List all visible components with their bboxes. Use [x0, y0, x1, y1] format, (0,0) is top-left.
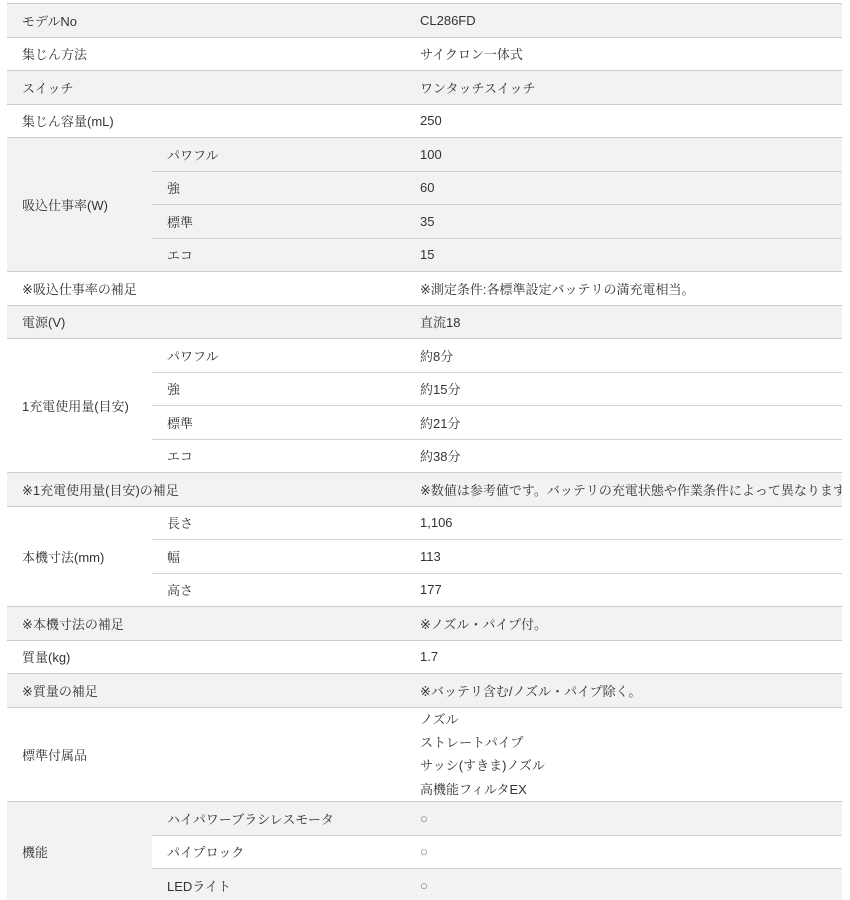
- accessory-line: ノズル: [420, 708, 832, 731]
- spec-row-label: ※質量の補足: [7, 674, 405, 708]
- spec-row: 集じん容量(mL)250: [7, 104, 842, 138]
- accessory-line: サッシ(すきま)ノズル: [420, 754, 832, 777]
- spec-row: 質量(kg)1.7: [7, 640, 842, 674]
- spec-row: スイッチワンタッチスイッチ: [7, 71, 842, 105]
- spec-row: 電源(V)直流18: [7, 305, 842, 339]
- supported-circle-icon: ○: [405, 835, 842, 869]
- spec-table-body: モデルNoCL286FD集じん方法サイクロン一体式スイッチワンタッチスイッチ集じ…: [7, 4, 842, 900]
- spec-value: ※ノズル・パイプ付。: [405, 607, 842, 641]
- spec-value: ワンタッチスイッチ: [405, 71, 842, 105]
- spec-value: 15: [405, 238, 842, 272]
- accessory-line: 高機能フィルタEX: [420, 778, 832, 801]
- spec-row-label: 電源(V): [7, 305, 405, 339]
- spec-row: 1充電使用量(目安)パワフル約8分: [7, 339, 842, 373]
- spec-value: 1,106: [405, 506, 842, 540]
- spec-value: 250: [405, 104, 842, 138]
- spec-value: ※バッテリ含む/ノズル・パイプ除く。: [405, 674, 842, 708]
- supported-circle-icon: ○: [405, 869, 842, 900]
- spec-sub-label: パワフル: [152, 339, 405, 373]
- spec-value: 113: [405, 540, 842, 574]
- spec-group-label: 吸込仕事率(W): [7, 138, 152, 272]
- spec-value: 約15分: [405, 372, 842, 406]
- spec-row: 本機寸法(mm)長さ1,106: [7, 506, 842, 540]
- spec-row-label: 標準付属品: [7, 707, 405, 802]
- spec-value-list: ノズルストレートパイプサッシ(すきま)ノズル高機能フィルタEX: [405, 707, 842, 802]
- spec-value: 60: [405, 171, 842, 205]
- spec-sub-label: エコ: [152, 439, 405, 473]
- spec-group-label: 本機寸法(mm): [7, 506, 152, 607]
- spec-row: ※吸込仕事率の補足※測定条件:各標準設定バッテリの満充電相当。: [7, 272, 842, 306]
- spec-sub-label: 標準: [152, 205, 405, 239]
- spec-sub-label: 高さ: [152, 573, 405, 607]
- accessory-line: ストレートパイプ: [420, 731, 832, 754]
- spec-row-label: 集じん方法: [7, 37, 405, 71]
- spec-row: 機能ハイパワーブラシレスモータ○: [7, 802, 842, 836]
- spec-row-label: 集じん容量(mL): [7, 104, 405, 138]
- spec-value: 約38分: [405, 439, 842, 473]
- spec-row-label: 質量(kg): [7, 640, 405, 674]
- spec-value: 177: [405, 573, 842, 607]
- spec-row: ※本機寸法の補足※ノズル・パイプ付。: [7, 607, 842, 641]
- spec-row: モデルNoCL286FD: [7, 4, 842, 38]
- spec-row-label: ※1充電使用量(目安)の補足: [7, 473, 405, 507]
- spec-sub-label: 標準: [152, 406, 405, 440]
- spec-sub-label: 幅: [152, 540, 405, 574]
- spec-row-label: スイッチ: [7, 71, 405, 105]
- spec-sub-label: パイプロック: [152, 835, 405, 869]
- spec-sub-label: 強: [152, 372, 405, 406]
- spec-sub-label: エコ: [152, 238, 405, 272]
- spec-sub-label: LEDライト: [152, 869, 405, 900]
- spec-value: 1.7: [405, 640, 842, 674]
- supported-circle-icon: ○: [405, 802, 842, 836]
- spec-row: ※質量の補足※バッテリ含む/ノズル・パイプ除く。: [7, 674, 842, 708]
- spec-value: ※数値は参考値です。バッテリの充電状態や作業条件によって異なります。: [405, 473, 842, 507]
- spec-row-label: モデルNo: [7, 4, 405, 38]
- spec-table: モデルNoCL286FD集じん方法サイクロン一体式スイッチワンタッチスイッチ集じ…: [7, 3, 842, 900]
- spec-group-label: 機能: [7, 802, 152, 900]
- spec-row-label: ※本機寸法の補足: [7, 607, 405, 641]
- spec-sub-label: パワフル: [152, 138, 405, 172]
- spec-sub-label: 強: [152, 171, 405, 205]
- spec-value: サイクロン一体式: [405, 37, 842, 71]
- spec-row: 吸込仕事率(W)パワフル100: [7, 138, 842, 172]
- spec-value: 35: [405, 205, 842, 239]
- spec-value: 約21分: [405, 406, 842, 440]
- spec-row: 標準付属品ノズルストレートパイプサッシ(すきま)ノズル高機能フィルタEX: [7, 707, 842, 802]
- spec-sub-label: ハイパワーブラシレスモータ: [152, 802, 405, 836]
- spec-row: 集じん方法サイクロン一体式: [7, 37, 842, 71]
- spec-group-label: 1充電使用量(目安): [7, 339, 152, 473]
- spec-value: ※測定条件:各標準設定バッテリの満充電相当。: [405, 272, 842, 306]
- spec-value: 直流18: [405, 305, 842, 339]
- spec-row: ※1充電使用量(目安)の補足※数値は参考値です。バッテリの充電状態や作業条件によ…: [7, 473, 842, 507]
- spec-row-label: ※吸込仕事率の補足: [7, 272, 405, 306]
- spec-value: 約8分: [405, 339, 842, 373]
- spec-value: CL286FD: [405, 4, 842, 38]
- spec-page: モデルNoCL286FD集じん方法サイクロン一体式スイッチワンタッチスイッチ集じ…: [0, 3, 850, 900]
- spec-value: 100: [405, 138, 842, 172]
- spec-sub-label: 長さ: [152, 506, 405, 540]
